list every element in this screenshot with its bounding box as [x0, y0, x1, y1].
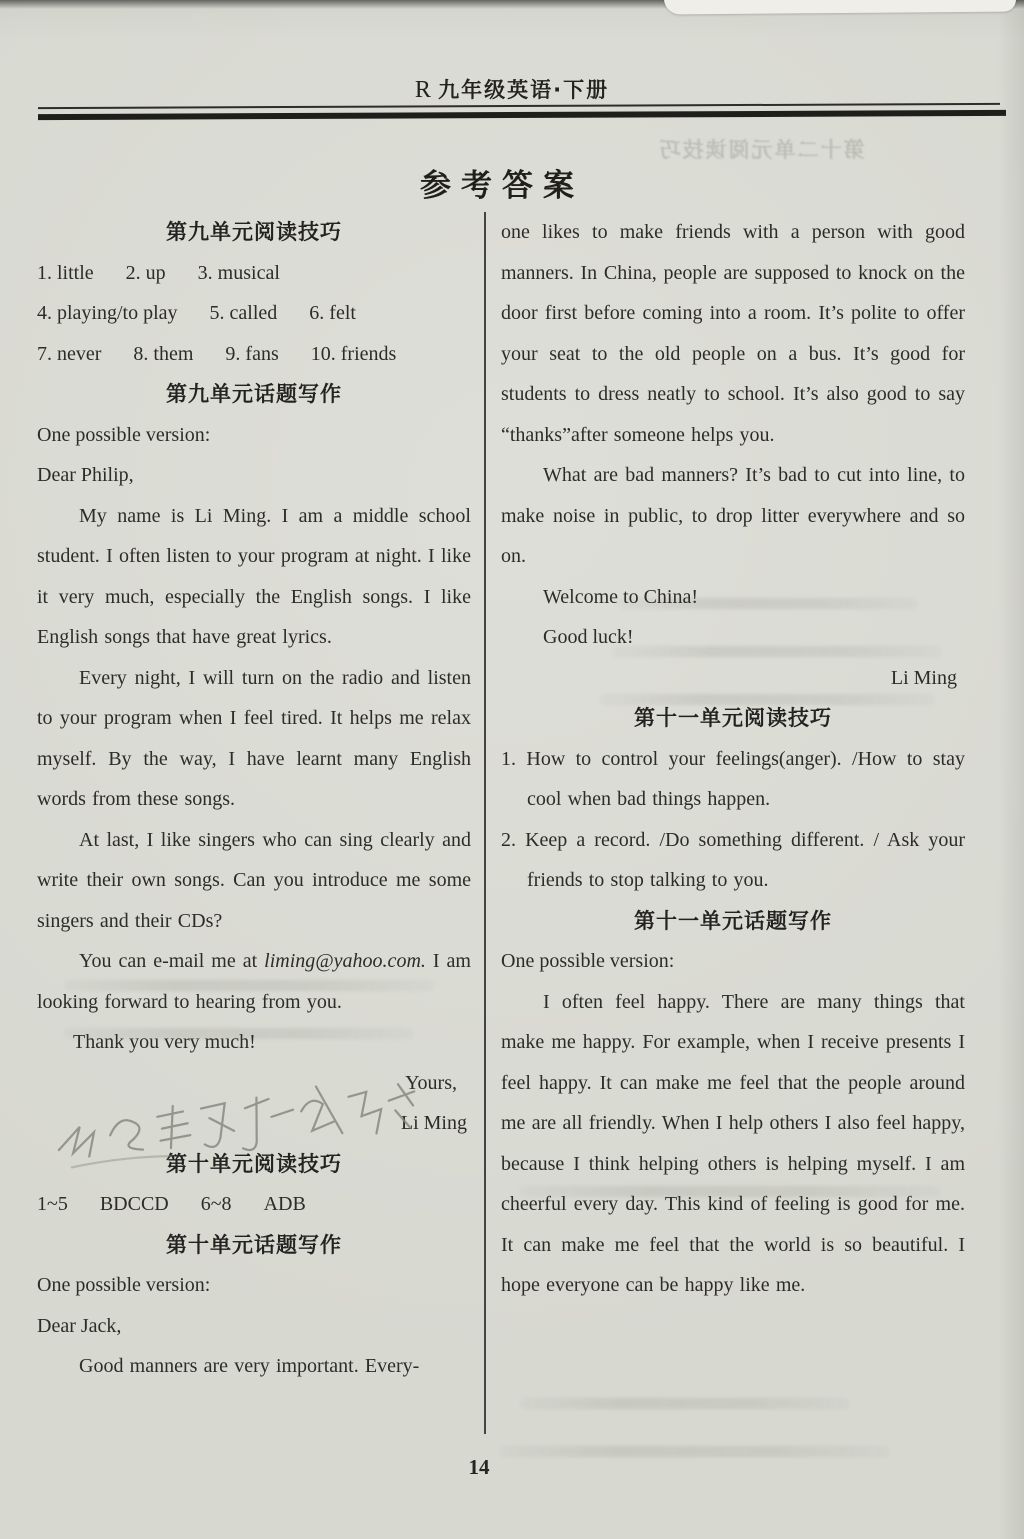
salutation: Dear Philip,	[37, 455, 471, 496]
page-title: 参考答案	[0, 160, 1004, 205]
intro-line: One possible version:	[37, 415, 471, 456]
email-address: liming@yahoo.com.	[264, 950, 426, 972]
answer-item: 9. fans	[225, 343, 278, 365]
paragraph: At last, I like singers who can sing cle…	[37, 820, 471, 942]
answer-item: ADB	[264, 1193, 306, 1215]
section-heading-unit9-writing: 第九单元话题写作	[37, 374, 471, 415]
answer-item: 6. felt	[309, 302, 356, 324]
left-column: 第九单元阅读技巧 1. little2. up3. musical 4. pla…	[37, 212, 471, 1387]
section-heading-unit9-reading: 第九单元阅读技巧	[37, 212, 471, 253]
right-column: one likes to make friends with a person …	[501, 212, 965, 1306]
numbered-answer: 2. Keep a record. /Do something differen…	[501, 820, 965, 901]
series-letter: R	[415, 77, 431, 103]
numbered-answer: 1. How to control your feelings(anger). …	[501, 739, 965, 820]
booklet-title: 九年级英语·下册	[438, 78, 609, 102]
answer-item: 8. them	[133, 343, 193, 365]
paragraph: I often feel happy. There are many thing…	[501, 982, 965, 1306]
scanned-book-page: R 九年级英语·下册 第十二单元阅读技巧 参考答案 第九单元阅读技巧 1. li…	[0, 0, 1024, 1539]
header-rule-thick	[38, 110, 1006, 120]
intro-line: One possible version:	[37, 1265, 471, 1306]
signature: Li Ming	[501, 658, 965, 699]
paragraph-continuation: one likes to make friends with a person …	[501, 212, 965, 455]
answer-item: 4. playing/to play	[37, 302, 178, 324]
salutation: Dear Jack,	[37, 1306, 471, 1347]
closing-line: Thank you very much!	[37, 1022, 471, 1063]
ghost-streak	[500, 1446, 890, 1457]
paragraph: What are bad manners? It’s bad to cut in…	[501, 455, 965, 577]
paragraph: Good manners are very important. Every-	[37, 1346, 471, 1387]
answer-row: 7. never8. them9. fans10. friends	[37, 334, 471, 375]
answer-item: 10. friends	[311, 343, 397, 365]
answer-item: 3. musical	[198, 262, 280, 284]
two-column-body: 第九单元阅读技巧 1. little2. up3. musical 4. pla…	[37, 212, 987, 1434]
answer-item: 7. never	[37, 343, 101, 365]
answer-item: 1. little	[37, 262, 94, 284]
intro-line: One possible version:	[501, 941, 965, 982]
answer-item: 6~8	[201, 1193, 232, 1215]
page-number: 14	[434, 1455, 524, 1480]
column-divider	[484, 212, 486, 1434]
running-header: R 九年级英语·下册	[0, 74, 1024, 104]
section-heading-unit11-writing: 第十一单元话题写作	[501, 901, 965, 942]
closing-line: Welcome to China!	[501, 577, 965, 618]
section-heading-unit10-writing: 第十单元话题写作	[37, 1225, 471, 1266]
answer-item: BDCCD	[100, 1193, 169, 1215]
paragraph: You can e-mail me at liming@yahoo.com. I…	[37, 941, 471, 1022]
paragraph-text: You can e-mail me at	[79, 950, 264, 972]
answer-row: 1~5BDCCD6~8ADB	[37, 1184, 471, 1225]
answer-row: 4. playing/to play5. called6. felt	[37, 293, 471, 334]
handwriting-scribble	[48, 1068, 453, 1189]
paper-tear-artifact	[664, 0, 1016, 15]
answer-item: 2. up	[126, 262, 166, 284]
answer-row: 1. little2. up3. musical	[37, 253, 471, 294]
closing-line: Good luck!	[501, 617, 965, 658]
answer-item: 1~5	[37, 1193, 68, 1215]
section-heading-unit11-reading: 第十一单元阅读技巧	[501, 698, 965, 739]
paragraph: Every night, I will turn on the radio an…	[37, 658, 471, 820]
paragraph: My name is Li Ming. I am a middle school…	[37, 496, 471, 658]
answer-item: 5. called	[210, 302, 278, 324]
